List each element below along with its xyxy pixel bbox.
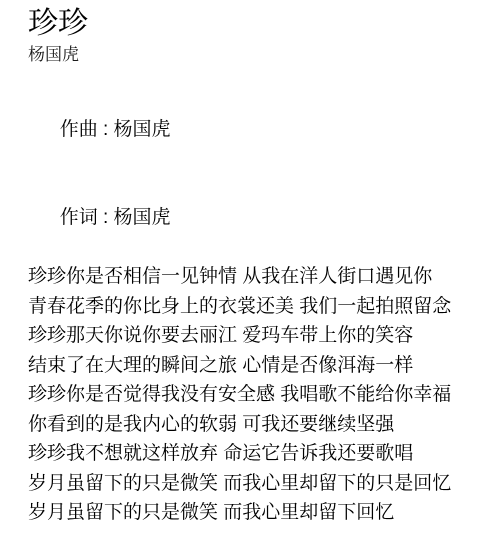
credits-and-lyrics: 作曲 : 杨国虎 作词 : 杨国虎 珍珍你是否相信一见钟情 从我在洋人街口遇见你…: [28, 85, 482, 528]
composer-separator: :: [98, 119, 114, 140]
lyric-line: 岁月虽留下的只是微笑 而我心里却留下回忆: [28, 498, 482, 528]
composer-label: 作曲: [60, 119, 98, 140]
lyricist-separator: :: [98, 207, 114, 228]
lyric-line: 珍珍你是否相信一见钟情 从我在洋人街口遇见你: [28, 262, 482, 292]
composer-name: 杨国虎: [114, 119, 171, 140]
lyric-line: 珍珍那天你说你要去丽江 爱玛车带上你的笑容: [28, 321, 482, 351]
lyric-line: 青春花季的你比身上的衣裳还美 我们一起拍照留念: [28, 292, 482, 322]
lyrics-page: 珍珍 杨国虎 作曲 : 杨国虎 作词 : 杨国虎 珍珍你是否相信一见钟情 从我在…: [0, 0, 500, 528]
lyric-line: 岁月虽留下的只是微笑 而我心里却留下的只是回忆: [28, 469, 482, 499]
credit-line-lyricist: 作词 : 杨国虎: [28, 174, 482, 263]
lyric-line: 结束了在大理的瞬间之旅 心情是否像洱海一样: [28, 351, 482, 381]
lyric-line: 珍珍你是否觉得我没有安全感 我唱歌不能给你幸福: [28, 380, 482, 410]
lyric-line: 珍珍我不想就这样放弃 命运它告诉我还要歌唱: [28, 439, 482, 469]
artist-name: 杨国虎: [28, 45, 482, 65]
lyric-line: 你看到的是我内心的软弱 可我还要继续坚强: [28, 410, 482, 440]
credit-line-composer: 作曲 : 杨国虎: [28, 85, 482, 174]
lyricist-label: 作词: [60, 207, 98, 228]
song-title: 珍珍: [28, 6, 482, 42]
lyricist-name: 杨国虎: [114, 207, 171, 228]
